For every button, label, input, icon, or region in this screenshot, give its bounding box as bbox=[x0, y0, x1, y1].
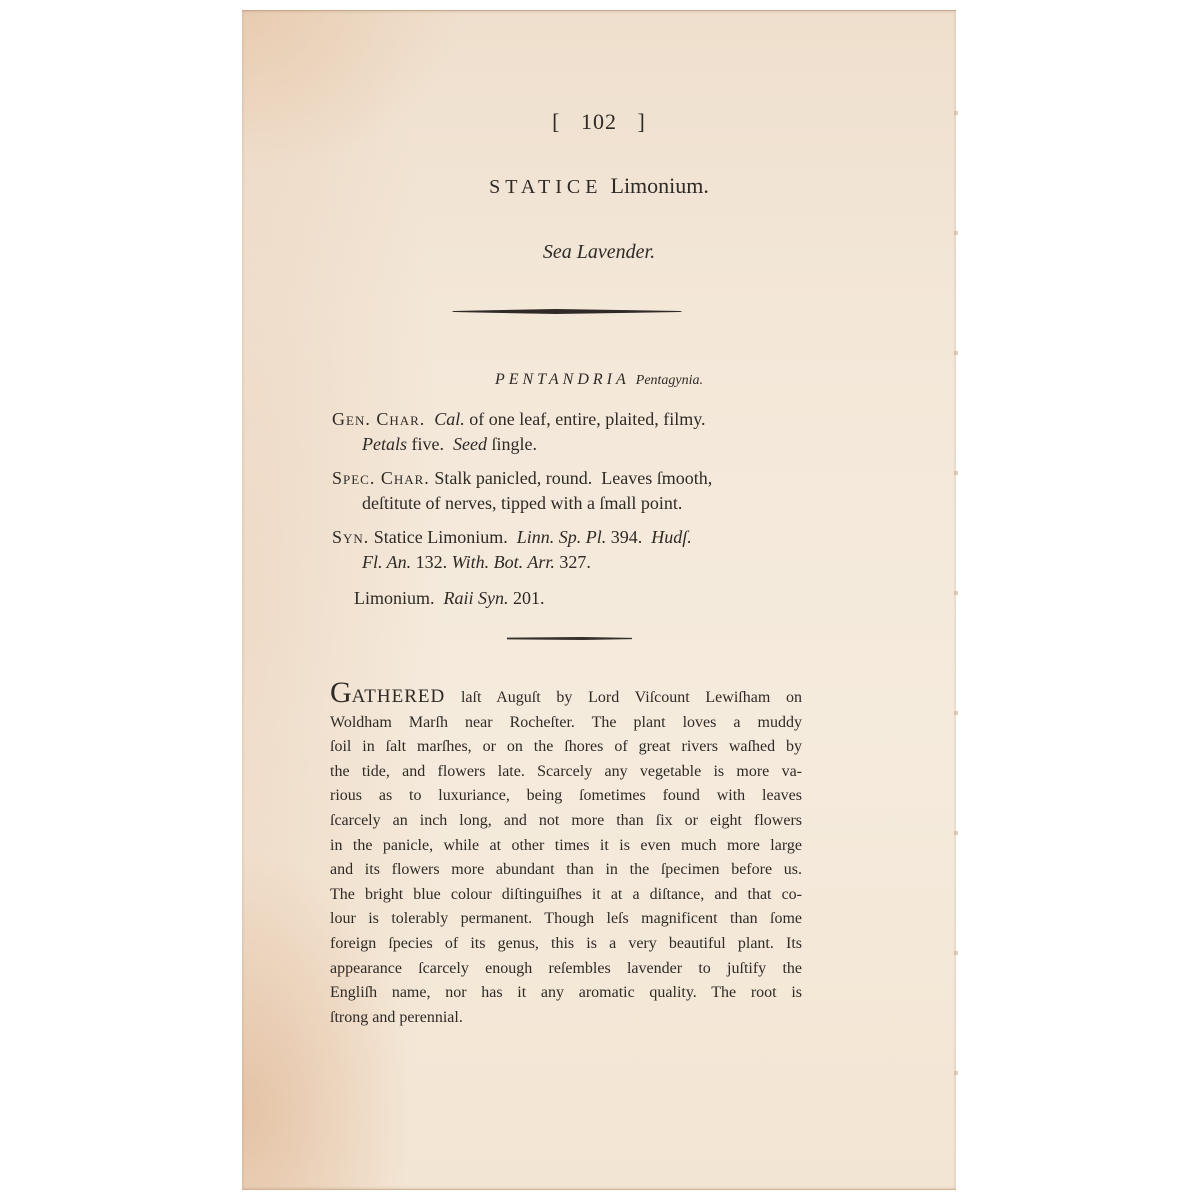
gen-char-seed-text: ſingle. bbox=[487, 434, 537, 454]
generic-character: Gen. Char. Cal. of one leaf, entire, pla… bbox=[332, 407, 802, 457]
synonyms: Syn. Statice Limonium. Linn. Sp. Pl. 394… bbox=[332, 525, 802, 575]
syn-ref-ray: Raii Syn. bbox=[444, 588, 509, 608]
syn-ref-withering: With. Bot. Arr. bbox=[452, 552, 555, 572]
syn-line1-text: Statice Limonium. bbox=[369, 527, 516, 547]
syn-line2: Fl. An. 132. With. Bot. Arr. 327. bbox=[332, 550, 802, 575]
description-line: in the panicle, while at other times it … bbox=[330, 834, 802, 859]
gen-char-petals-text: five. bbox=[407, 434, 453, 454]
gen-char-line2: Petals five. Seed ſingle. bbox=[332, 432, 802, 457]
syn-ref-flora: Fl. An. bbox=[362, 552, 411, 572]
gen-char-petals: Petals bbox=[362, 434, 407, 454]
description-paragraph: GATHERED laſt Auguſt by Lord Viſcount Le… bbox=[330, 681, 802, 1030]
decorative-rule-bottom bbox=[507, 637, 632, 640]
drop-cap: G bbox=[330, 676, 352, 709]
gen-char-label: Gen. Char. bbox=[332, 409, 425, 429]
decorative-rule-top bbox=[452, 309, 682, 314]
spec-char-line2: deſtitute of nerves, tipped with a ſmall… bbox=[332, 491, 802, 516]
spec-char-line1: Stalk panicled, round. Leaves ſmooth, bbox=[430, 468, 712, 488]
description-line: lour is tolerably permanent. Though leſs… bbox=[330, 907, 802, 932]
class-name: PENTANDRIA bbox=[495, 371, 630, 388]
order-name: Pentagynia. bbox=[636, 373, 703, 388]
syn-line3-text: Limonium. bbox=[354, 588, 444, 608]
syn-label: Syn. bbox=[332, 527, 369, 547]
description-line: ſoil in ſalt marſhes, or on the ſhores o… bbox=[330, 735, 802, 760]
gen-char-line1: of one leaf, entire, plaited, filmy. bbox=[465, 409, 706, 429]
syn-ref-hudson: Hudſ. bbox=[651, 527, 692, 547]
spec-char-label: Spec. Char. bbox=[332, 468, 430, 488]
description-line: and its flowers more abundant than in th… bbox=[330, 858, 802, 883]
synonym-ray: Limonium. Raii Syn. 201. bbox=[354, 586, 824, 611]
description-line: Woldham Marſh near Rocheſter. The plant … bbox=[330, 711, 802, 736]
syn-ref-linnaeus: Linn. Sp. Pl. bbox=[517, 527, 607, 547]
syn-ref-ray-num: 201. bbox=[509, 588, 545, 608]
species-name: Limonium. bbox=[611, 173, 709, 198]
description-line: ſtrong and perennial. bbox=[330, 1006, 802, 1031]
gen-char-seed: Seed bbox=[453, 434, 487, 454]
description-line: The bright blue colour diſtinguiſhes it … bbox=[330, 883, 802, 908]
description-line: the tide, and flowers late. Scarcely any… bbox=[330, 760, 802, 785]
book-page: [ 102 ] STATICELimonium. Sea Lavender. P… bbox=[242, 10, 956, 1190]
genus-name: STATICE bbox=[489, 176, 602, 198]
description-line: rious as to luxuriance, being ſometimes … bbox=[330, 784, 802, 809]
description-line: Engliſh name, nor has it any aromatic qu… bbox=[330, 981, 802, 1006]
page-title: STATICELimonium. bbox=[242, 173, 956, 199]
syn-ref-flora-num: 132. bbox=[411, 552, 452, 572]
description-text: laſt Auguſt by Lord Viſcount Lewiſham on bbox=[445, 689, 802, 706]
page-number: [ 102 ] bbox=[242, 109, 956, 135]
syn-ref-linnaeus-num: 394. bbox=[606, 527, 651, 547]
syn-ref-withering-num: 327. bbox=[555, 552, 591, 572]
linnaean-classification: PENTANDRIAPentagynia. bbox=[242, 371, 956, 389]
gen-char-cal: Cal. bbox=[434, 409, 465, 429]
cap-word: ATHERED bbox=[352, 686, 446, 707]
description-line: GATHERED laſt Auguſt by Lord Viſcount Le… bbox=[330, 681, 802, 711]
description-line: ſcarcely an inch long, and not more than… bbox=[330, 809, 802, 834]
description-line: foreign ſpecies of its genus, this is a … bbox=[330, 932, 802, 957]
common-name: Sea Lavender. bbox=[242, 241, 956, 264]
specific-character: Spec. Char. Stalk panicled, round. Leave… bbox=[332, 466, 802, 516]
description-line: appearance ſcarcely enough reſembles lav… bbox=[330, 957, 802, 982]
